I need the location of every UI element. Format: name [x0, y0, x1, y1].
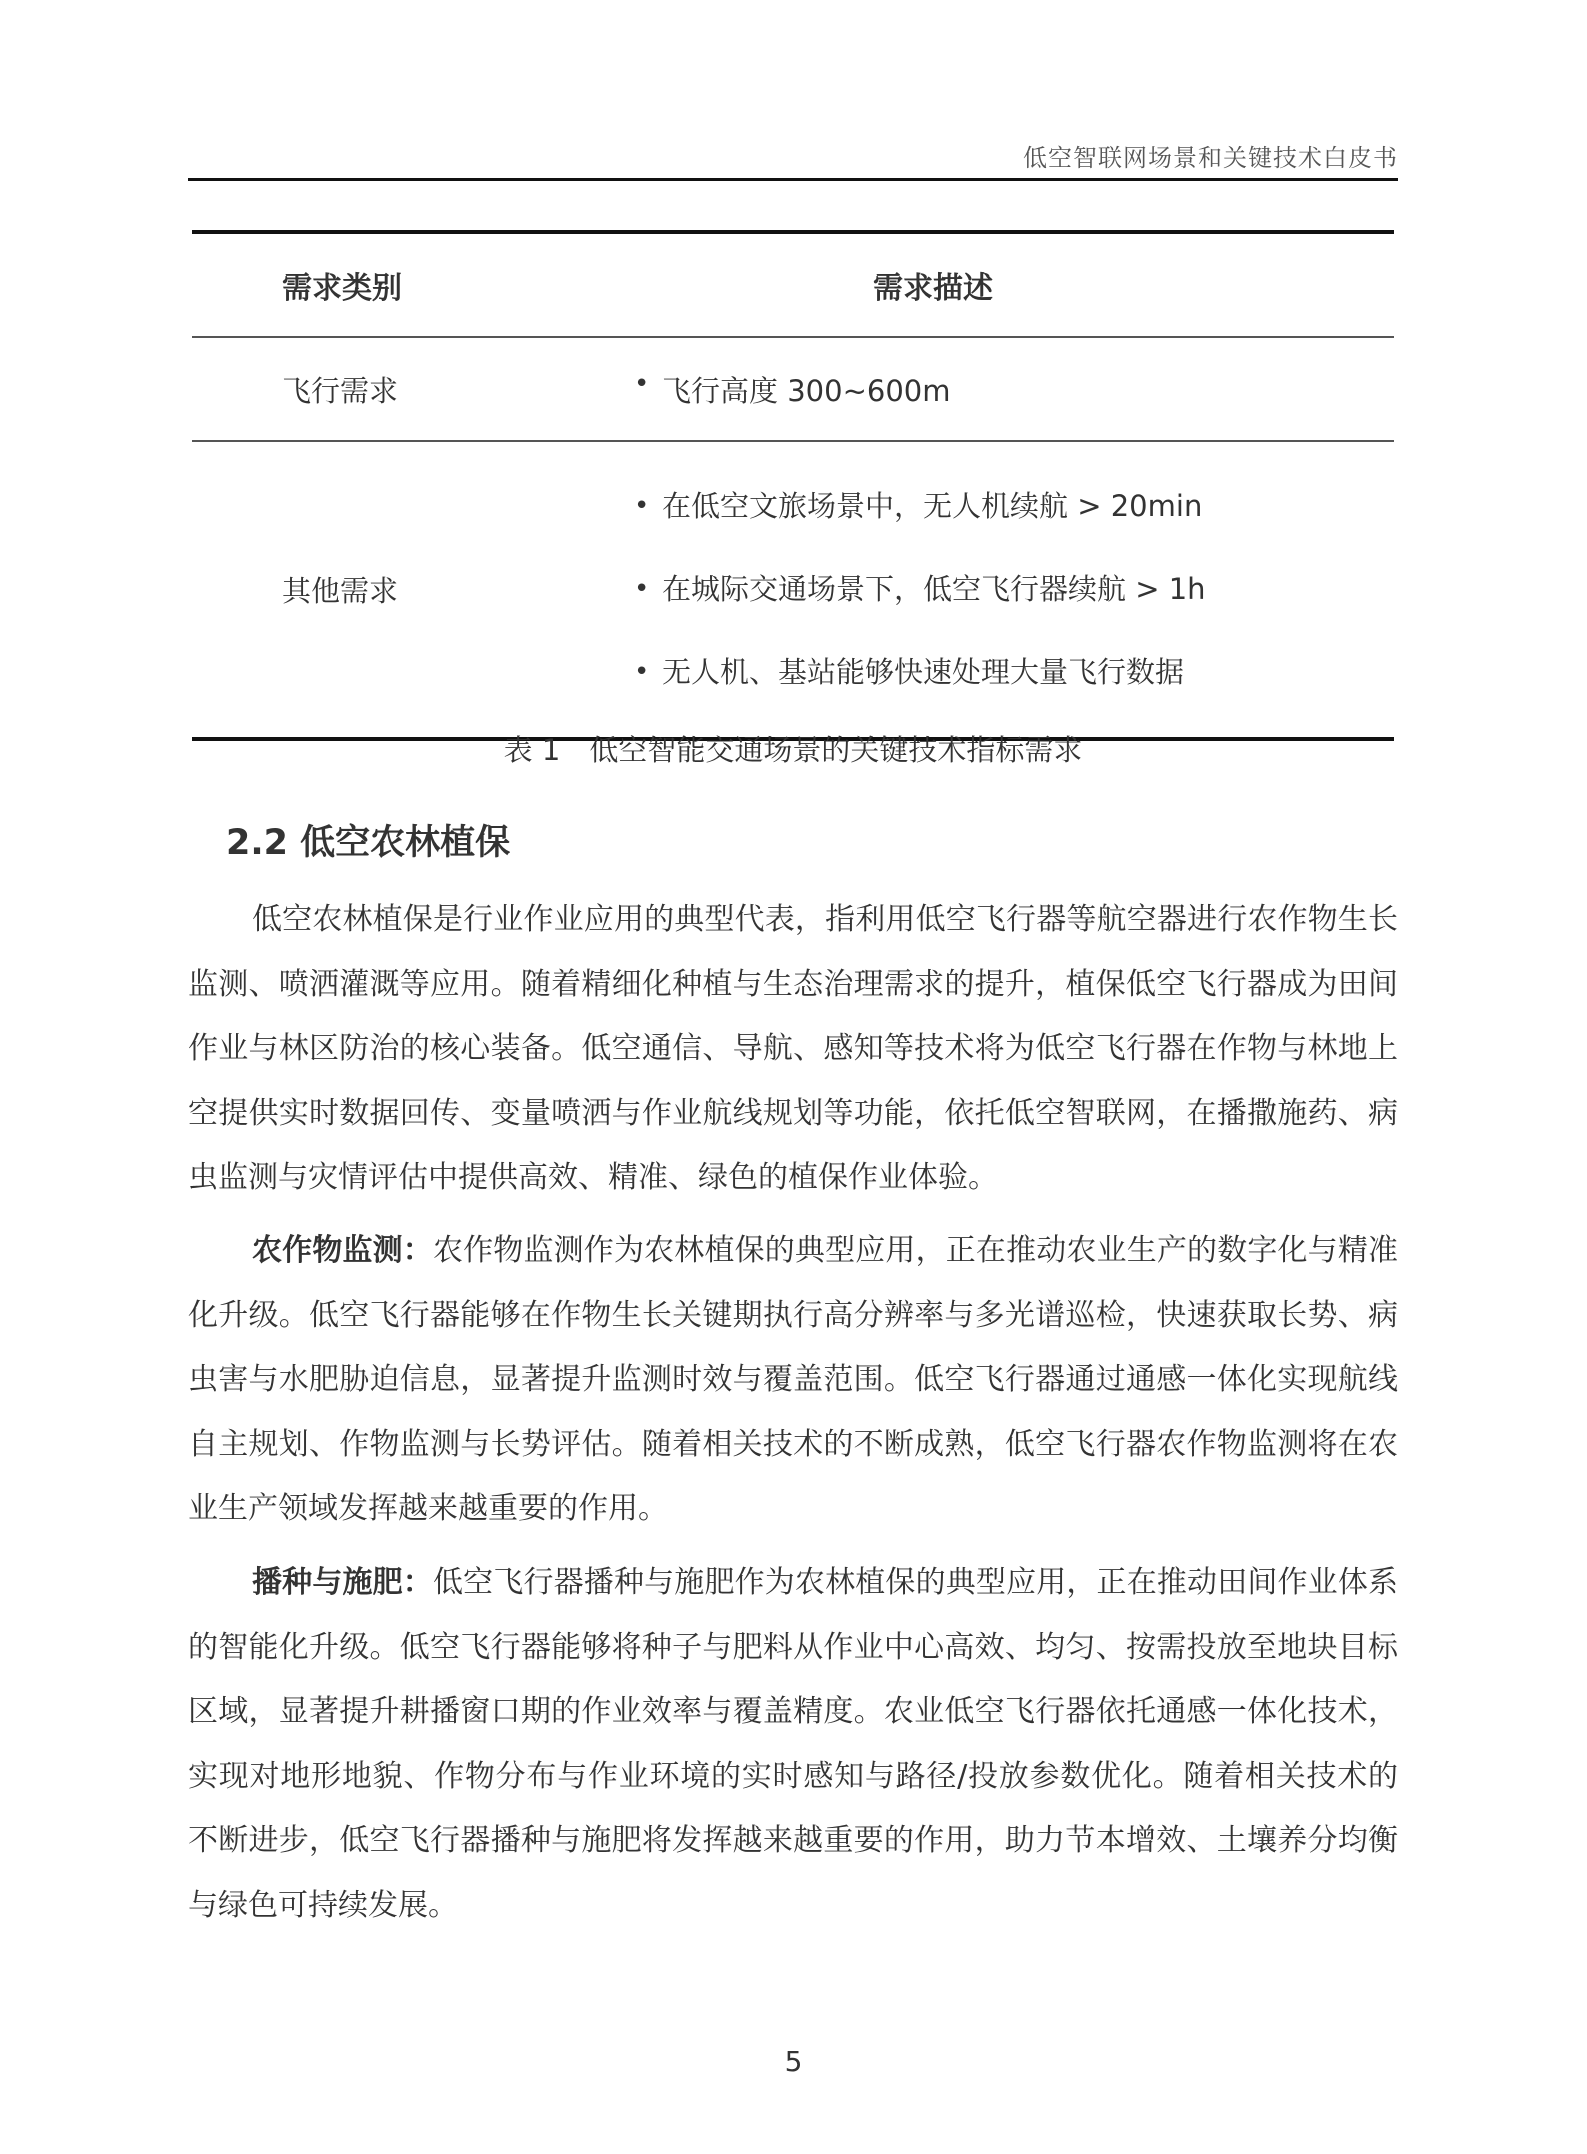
body-paragraph-intro: 低空农林植保是行业作业应用的典型代表，指利用低空飞行器等航空器进行农作物生长监测… — [188, 888, 1398, 1211]
running-header: 低空智联网场景和关键技术白皮书 — [188, 138, 1398, 173]
description-item: 在低空文旅场景中，无人机续航 > 20min — [634, 465, 1393, 548]
table-header-row: 需求类别 需求描述 — [192, 232, 1394, 337]
paragraph-lead: 农作物监测： — [252, 1233, 433, 1268]
requirements-table: 需求类别 需求描述 飞行需求 飞行高度 300~600m 其他需求 在低空文旅场… — [192, 230, 1394, 741]
description-item: 无人机、基站能够快速处理大量飞行数据 — [634, 631, 1393, 714]
body-paragraph-seeding-fertilizing: 播种与施肥：低空飞行器播种与施肥作为农林植保的典型应用，正在推动田间作业体系的智… — [188, 1551, 1398, 1938]
category-cell: 其他需求 — [192, 441, 633, 739]
description-cell: 飞行高度 300~600m — [633, 337, 1394, 441]
description-item: 飞行高度 300~600m — [634, 369, 950, 410]
category-cell: 飞行需求 — [192, 337, 633, 441]
description-cell: 在低空文旅场景中，无人机续航 > 20min 在城际交通场景下，低空飞行器续航 … — [633, 441, 1394, 739]
paragraph-text: 低空农林植保是行业作业应用的典型代表，指利用低空飞行器等航空器进行农作物生长监测… — [188, 902, 1398, 1195]
description-item: 在城际交通场景下，低空飞行器续航 > 1h — [634, 548, 1393, 631]
paragraph-text: 低空飞行器播种与施肥作为农林植保的典型应用，正在推动田间作业体系的智能化升级。低… — [188, 1565, 1398, 1923]
paragraph-text: 农作物监测作为农林植保的典型应用，正在推动农业生产的数字化与精准化升级。低空飞行… — [188, 1233, 1398, 1526]
column-header-category: 需求类别 — [192, 232, 633, 337]
page-number: 5 — [0, 2045, 1587, 2078]
section-heading: 2.2 低空农林植保 — [226, 815, 510, 865]
table-row: 其他需求 在低空文旅场景中，无人机续航 > 20min 在城际交通场景下，低空飞… — [192, 441, 1394, 739]
table-row: 飞行需求 飞行高度 300~600m — [192, 337, 1394, 441]
table-caption: 表 1 低空智能交通场景的关键技术指标需求 — [188, 728, 1398, 769]
description-list: 在低空文旅场景中，无人机续航 > 20min 在城际交通场景下，低空飞行器续航 … — [634, 443, 1393, 736]
paragraph-lead: 播种与施肥： — [252, 1565, 433, 1600]
header-divider — [188, 178, 1398, 181]
body-paragraph-crop-monitoring: 农作物监测：农作物监测作为农林植保的典型应用，正在推动农业生产的数字化与精准化升… — [188, 1219, 1398, 1542]
column-header-description: 需求描述 — [633, 232, 1394, 337]
